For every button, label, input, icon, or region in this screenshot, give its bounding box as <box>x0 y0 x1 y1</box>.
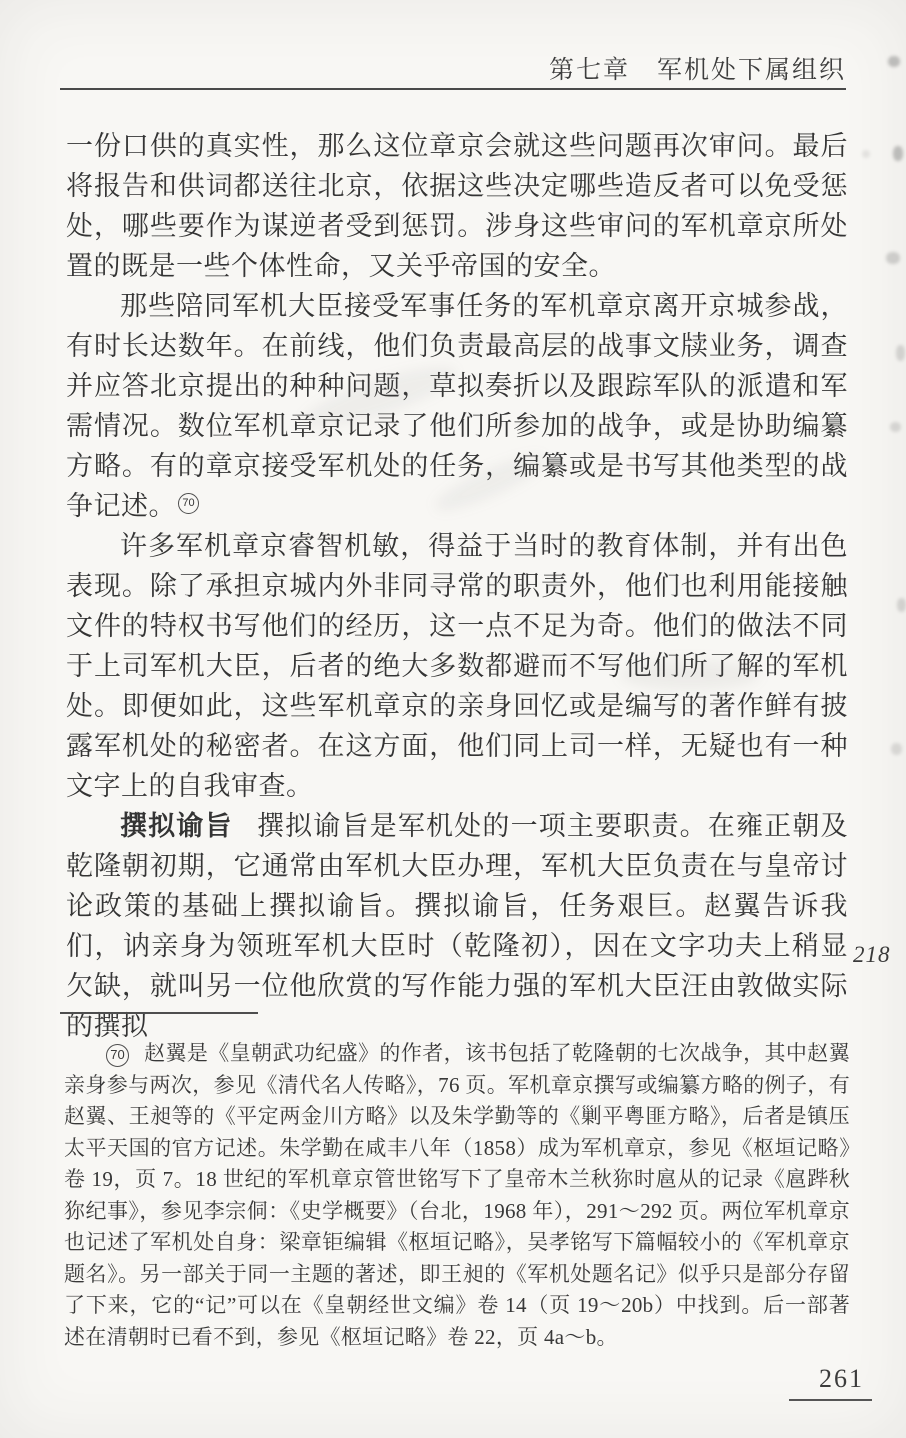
header-rule <box>60 88 846 90</box>
scan-artifact <box>893 146 903 161</box>
page-number: 261 <box>789 1364 872 1401</box>
scanned-book-page: 第七章 军机处下属组织 一份口供的真实性，那么这位章京会就这些问题再次审问。最后… <box>0 0 906 1438</box>
footnote-70-text: 赵翼是《皇朝武功纪盛》的作者，该书包括了乾隆朝的七次战争，其中赵翼亲身参与两次，… <box>64 1041 850 1349</box>
scan-artifact <box>886 252 900 264</box>
footnote-70-marker: 70 <box>106 1044 129 1067</box>
scan-artifact <box>896 345 905 361</box>
scan-artifact <box>888 56 900 67</box>
scan-artifact <box>890 422 901 432</box>
footnote-separator-rule <box>60 1012 258 1014</box>
footnote-70-reference: 70 <box>178 493 199 514</box>
footnote: 70赵翼是《皇朝武功纪盛》的作者，该书包括了乾隆朝的七次战争，其中赵翼亲身参与两… <box>64 1038 850 1353</box>
scan-artifact <box>862 150 870 158</box>
paragraph-continuation: 一份口供的真实性，那么这位章京会就这些问题再次审问。最后将报告和供词都送往北京，… <box>66 126 848 286</box>
body-text: 一份口供的真实性，那么这位章京会就这些问题再次审问。最后将报告和供词都送往北京，… <box>66 126 848 1046</box>
scan-smudge <box>620 660 760 690</box>
original-edition-page-number: 218 <box>853 942 891 968</box>
paragraph-drafting-edicts-text: 撰拟谕旨是军机处的一项主要职责。在雍正朝及乾隆朝初期，它通常由军机大臣办理，军机… <box>66 811 848 1041</box>
scan-artifact <box>897 598 906 612</box>
running-header: 第七章 军机处下属组织 <box>64 50 846 86</box>
scan-artifact <box>891 743 902 755</box>
chapter-title: 第七章 军机处下属组织 <box>549 57 846 84</box>
paragraph-drafting-edicts: 撰拟谕旨撰拟谕旨是军机处的一项主要职责。在雍正朝及乾隆朝初期，它通常由军机大臣办… <box>66 806 848 1046</box>
paragraph-drafting-edicts-heading: 撰拟谕旨 <box>120 811 233 841</box>
